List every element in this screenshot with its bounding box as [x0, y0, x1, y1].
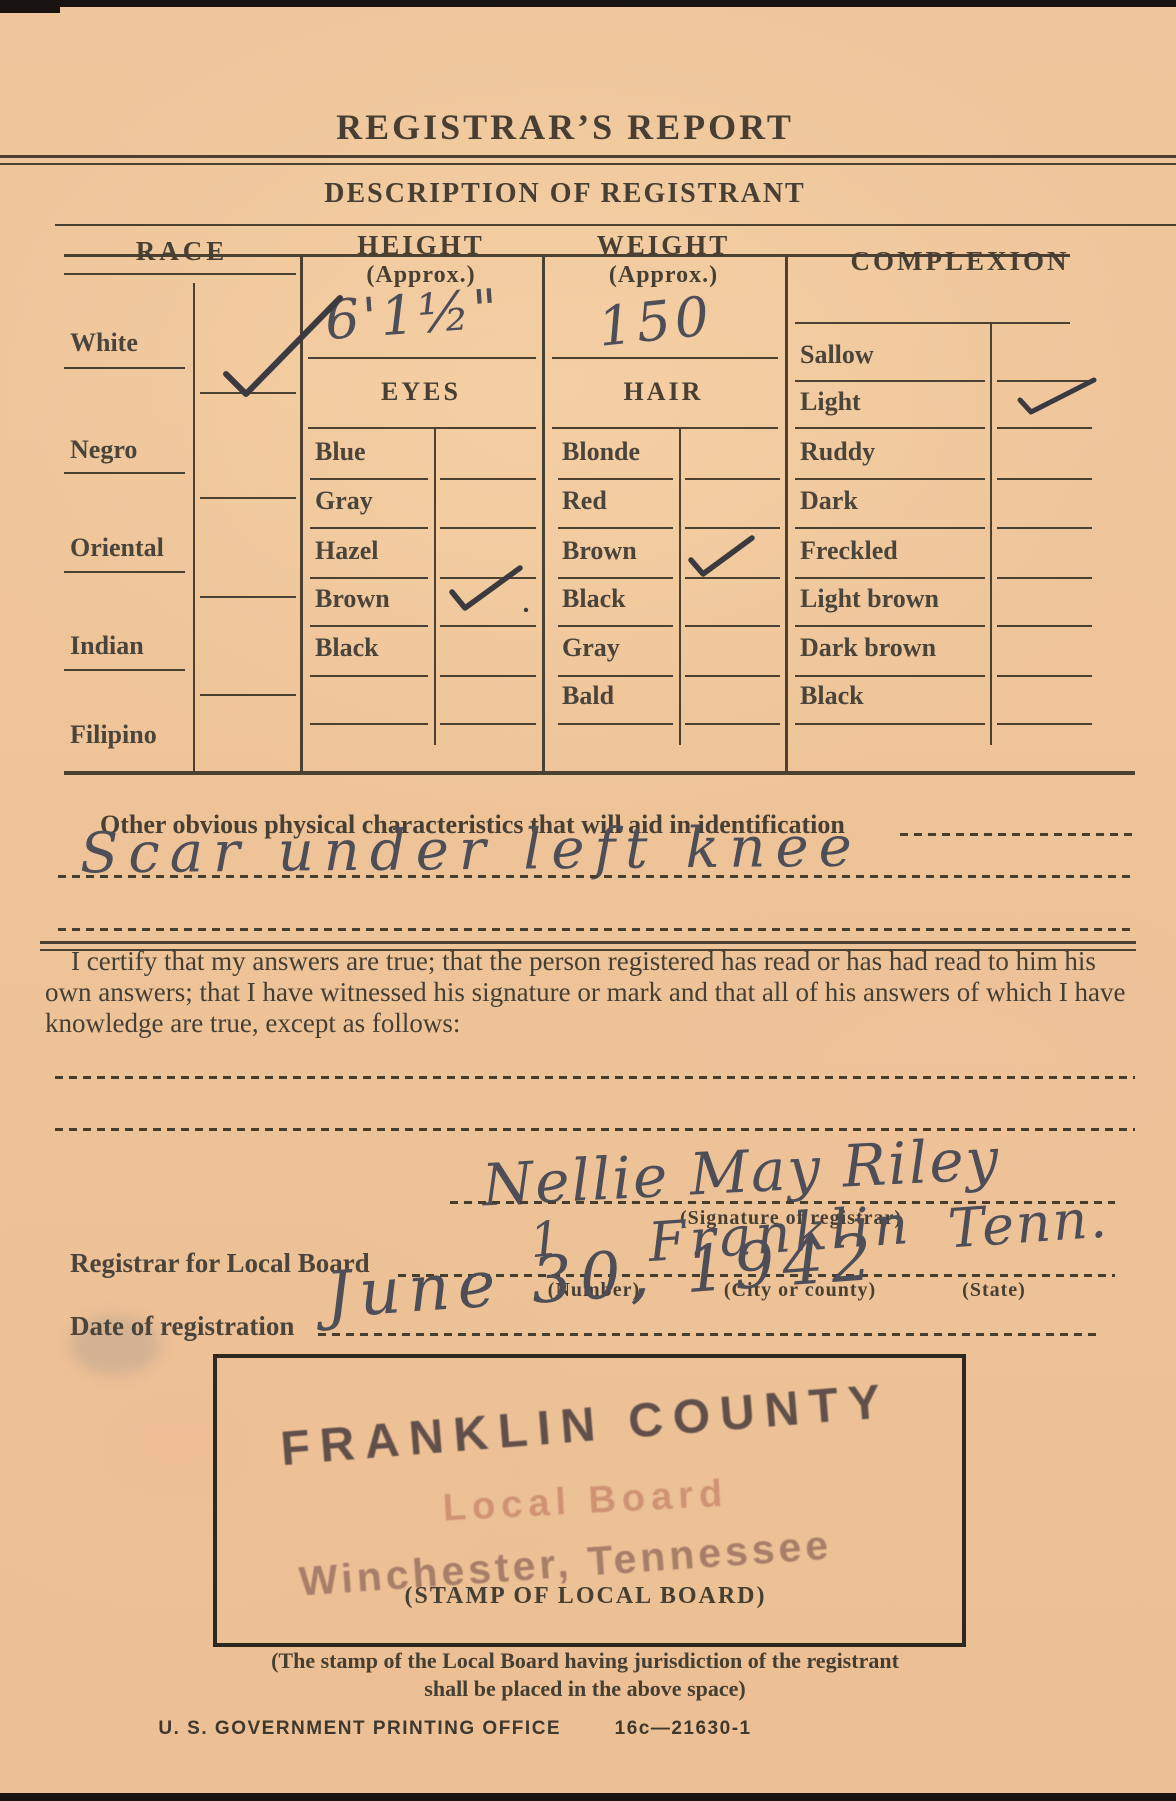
characteristics-rule-2: [58, 928, 1135, 931]
hair-check-divider: [679, 427, 681, 745]
registration-date-rule: [318, 1333, 1100, 1336]
complexion-header-underline: [795, 322, 1070, 324]
height-value: 6'1½": [323, 277, 503, 352]
hair-check-rule: [685, 527, 780, 529]
eyes-check-rule: [440, 478, 536, 480]
table-bottom-rule: [64, 771, 1135, 775]
complexion-option-freckled: Freckled: [800, 536, 898, 566]
eyes-row-rule: [310, 625, 428, 627]
race-white-checkmark-icon: [218, 288, 348, 403]
footer-line: U. S. GOVERNMENT PRINTING OFFICE 16c—216…: [0, 1718, 910, 1740]
weight-header: WEIGHT: [542, 230, 785, 261]
registration-date-label: Date of registration: [70, 1311, 294, 1342]
race-option-filipino: Filipino: [70, 720, 157, 750]
hair-check-rule: [685, 675, 780, 677]
title-rule-top: [0, 155, 1176, 158]
eyes-check-rule: [440, 723, 536, 725]
hair-check-rule: [685, 478, 780, 480]
eyes-row-rule: [310, 723, 428, 725]
eyes-option-hazel: Hazel: [315, 536, 379, 566]
complexion-option-light: Light: [800, 387, 861, 417]
race-header: RACE: [64, 236, 300, 267]
form-number: 16c—21630-1: [615, 1718, 752, 1739]
race-check-rule: [200, 596, 296, 598]
hair-row-rule: [558, 577, 673, 579]
race-header-underline: [64, 273, 296, 275]
hair-row-rule: [558, 625, 673, 627]
hair-brown-checkmark-icon: [686, 532, 758, 584]
eyes-check-rule: [440, 625, 536, 627]
eyes-check-rule: [440, 675, 536, 677]
hair-option-blonde: Blonde: [562, 437, 640, 467]
race-row-rule: [64, 571, 185, 573]
page-title: REGISTRAR’S REPORT: [0, 106, 1130, 148]
hair-check-rule: [685, 625, 780, 627]
race-check-rule: [200, 497, 296, 499]
section-rule: [55, 224, 1176, 226]
race-check-divider: [193, 283, 195, 771]
race-option-oriental: Oriental: [70, 533, 164, 563]
eyes-option-black: Black: [315, 633, 379, 663]
stamp-note-line-2: shall be placed in the above space): [85, 1676, 1085, 1702]
complexion-check-rule: [997, 675, 1092, 677]
scan-edge-top-left: [0, 0, 60, 13]
hair-option-gray: Gray: [562, 633, 620, 663]
complexion-check-rule: [997, 478, 1092, 480]
complexion-header: COMPLEXION: [785, 246, 1135, 277]
hair-row-rule: [558, 527, 673, 529]
eyes-row-rule: [310, 527, 428, 529]
complexion-option-black: Black: [800, 681, 864, 711]
complexion-option-ruddy: Ruddy: [800, 437, 875, 467]
registrar-report-card: REGISTRAR’S REPORT DESCRIPTION OF REGIST…: [0, 0, 1176, 1801]
race-check-rule: [200, 694, 296, 696]
eyes-check-divider: [434, 427, 436, 745]
local-board-state-value: Tenn.: [946, 1186, 1111, 1260]
stamp-note-line-1: (The stamp of the Local Board having jur…: [85, 1648, 1085, 1674]
complexion-row-rule: [795, 527, 985, 529]
eyes-row-rule: [310, 478, 428, 480]
eyes-brown-checkmark-icon: [446, 560, 530, 618]
hair-option-red: Red: [562, 486, 607, 516]
exceptions-line-1: [55, 1076, 1135, 1079]
eyes-row-rule: [310, 577, 428, 579]
race-row-rule: [64, 669, 185, 671]
complexion-row-rule: [795, 625, 985, 627]
divider-height-weight: [542, 254, 545, 771]
complexion-row-rule: [795, 577, 985, 579]
hair-option-black: Black: [562, 584, 626, 614]
race-row-rule: [64, 472, 185, 474]
hair-header: HAIR: [542, 377, 785, 407]
certify-rule-top: [40, 941, 1136, 944]
complexion-option-sallow: Sallow: [800, 340, 874, 370]
section-heading: DESCRIPTION OF REGISTRANT: [0, 178, 1130, 210]
certification-text: I certify that my answers are true; that…: [45, 946, 1140, 1039]
weight-value-underline: [552, 357, 778, 359]
hair-header-underline: [552, 427, 778, 429]
race-row-rule: [64, 367, 185, 369]
complexion-option-light-brown: Light brown: [800, 584, 939, 614]
complexion-row-rule: [795, 427, 985, 429]
weight-qualifier: (Approx.): [542, 262, 785, 289]
hair-check-rule: [685, 723, 780, 725]
hair-option-brown: Brown: [562, 536, 637, 566]
eyes-option-gray: Gray: [315, 486, 373, 516]
race-option-indian: Indian: [70, 631, 144, 661]
stamp-caption: (STAMP OF LOCAL BOARD): [213, 1583, 958, 1610]
hair-row-rule: [558, 478, 673, 480]
hair-option-bald: Bald: [562, 681, 614, 711]
characteristics-rule: [58, 875, 1135, 878]
scan-edge-bottom: [0, 1793, 1176, 1801]
complexion-option-dark: Dark: [800, 486, 858, 516]
complexion-option-dark-brown: Dark brown: [800, 633, 936, 663]
height-header: HEIGHT: [300, 230, 542, 261]
complexion-row-rule: [795, 380, 985, 382]
title-rule-bottom: [0, 163, 1176, 165]
state-caption: (State): [934, 1279, 1054, 1302]
complexion-check-rule: [997, 577, 1092, 579]
eyes-option-blue: Blue: [315, 437, 366, 467]
printing-office-text: U. S. GOVERNMENT PRINTING OFFICE: [158, 1718, 561, 1739]
eyes-row-rule: [310, 675, 428, 677]
characteristics-label-dashes: [900, 833, 1135, 836]
complexion-row-rule: [795, 478, 985, 480]
hair-row-rule: [558, 675, 673, 677]
complexion-light-checkmark-icon: [1014, 374, 1102, 418]
hair-row-rule: [558, 723, 673, 725]
race-option-white: White: [70, 328, 138, 358]
divider-weight-complexion: [785, 254, 788, 771]
complexion-check-divider: [990, 322, 992, 745]
eyes-option-brown: Brown: [315, 584, 390, 614]
complexion-check-rule: [997, 625, 1092, 627]
scan-edge-top: [0, 0, 1176, 7]
eyes-check-rule: [440, 527, 536, 529]
complexion-check-rule: [997, 427, 1092, 429]
weight-value: 150: [595, 284, 716, 359]
eyes-header-underline: [308, 427, 536, 429]
registration-date-value: June 30, 1942: [323, 1221, 882, 1334]
complexion-row-rule: [795, 675, 985, 677]
race-option-negro: Negro: [70, 435, 137, 465]
complexion-check-rule: [997, 527, 1092, 529]
complexion-row-rule: [795, 723, 985, 725]
complexion-check-rule: [997, 723, 1092, 725]
